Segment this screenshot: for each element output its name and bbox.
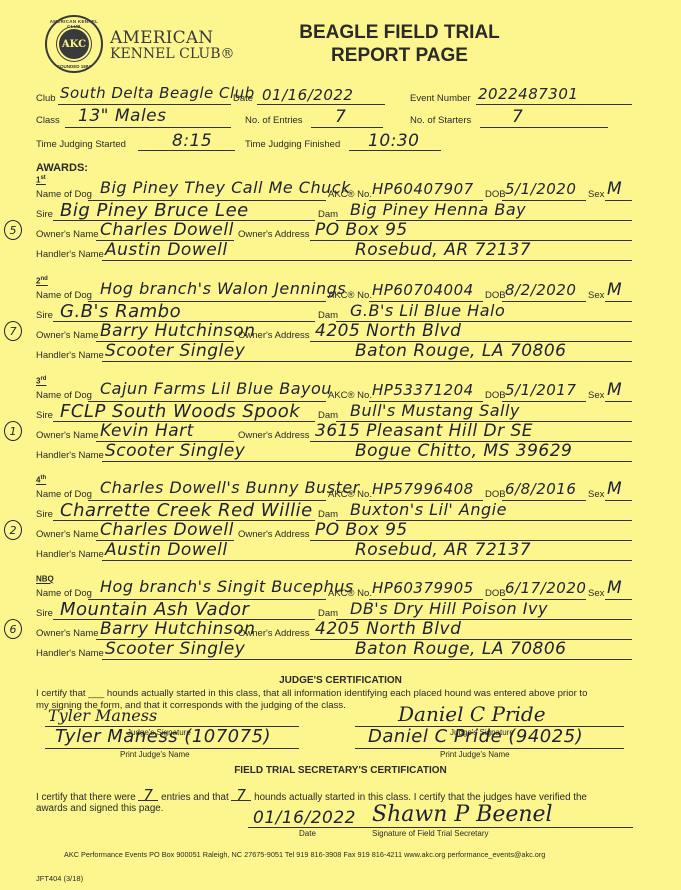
owner-address-line2-field[interactable]: Baton Rouge, LA 70806 [355,639,566,659]
secretary-signature[interactable]: Shawn P Beenel [372,802,553,827]
sire-label: Sire [36,608,53,619]
owner-name-field[interactable]: Kevin Hart [100,421,194,441]
event-number-field[interactable]: 2022487301 [478,85,578,103]
dam-label: Dam [318,410,338,421]
owner-name-field[interactable]: Barry Hutchinson [100,619,255,639]
name-of-dog-label: Name of Dog [36,588,92,599]
name-of-dog-label: Name of Dog [36,290,92,301]
judge1-print-label: Print Judge's Name [120,750,190,759]
handler-name-field[interactable]: Austin Dowell [105,540,228,560]
owners-address-label: Owner's Address [238,229,310,240]
dam-label: Dam [318,209,338,220]
secretary-entries-field[interactable]: 7 [138,790,158,801]
secretary-cert-text-line2: awards and signed this page. [36,803,163,814]
entries-field[interactable]: 7 [335,107,346,127]
form-id: JFT404 (3/18) [36,874,83,883]
date-label: Date [233,93,253,104]
owner-address-line1-field[interactable]: 3615 Pleasant Hill Dr SE [315,421,533,441]
akc-no-label: AKC® No. [328,189,372,200]
handlers-name-label: Handler's Name [36,648,104,659]
dog-name-field[interactable]: Cajun Farms Lil Blue Bayou [100,379,332,398]
dam-label: Dam [318,608,338,619]
class-field[interactable]: 13" Males [78,106,166,126]
secretary-starters-field[interactable]: 7 [231,790,251,801]
dob-field[interactable]: 8/2/2020 [505,281,576,299]
award-place: NBQ [36,574,54,584]
owner-address-line2-field[interactable]: Bogue Chitto, MS 39629 [355,441,572,461]
akc-no-field[interactable]: HP53371204 [372,381,474,399]
judge2-print-name-field[interactable]: Daniel C Pride (94025) [368,726,583,747]
owners-name-label: Owner's Name [36,430,99,441]
sex-field[interactable]: M [607,280,622,300]
sex-field[interactable]: M [607,479,622,499]
owner-address-line1-field[interactable]: 4205 North Blvd [315,321,461,341]
awards-heading: AWARDS: [36,162,88,174]
time-started-label: Time Judging Started [36,139,126,150]
name-of-dog-label: Name of Dog [36,489,92,500]
award-place: 2nd [36,276,48,286]
akc-no-field[interactable]: HP60379905 [372,579,474,597]
sire-field[interactable]: FCLP South Woods Spook [60,401,300,422]
award-place: 3rd [36,376,46,386]
entries-label: No. of Entries [245,115,303,126]
dam-field[interactable]: Buxton's Lil' Angie [350,500,507,519]
sex-label: Sex [588,390,604,401]
dam-label: Dam [318,310,338,321]
dob-label: DOB [485,189,506,200]
starters-field[interactable]: 7 [512,107,523,127]
dob-field[interactable]: 6/8/2016 [505,480,576,498]
club-label: Club [36,93,56,104]
judges-cert-heading: JUDGE'S CERTIFICATION [0,675,681,686]
sex-field[interactable]: M [607,578,622,598]
time-finished-field[interactable]: 10:30 [368,131,420,151]
dog-name-field[interactable]: Big Piney They Call Me Chuck [100,178,351,197]
sire-label: Sire [36,509,53,520]
sex-label: Sex [588,489,604,500]
owner-address-line2-field[interactable]: Rosebud, AR 72137 [355,240,531,260]
owner-address-line2-field[interactable]: Rosebud, AR 72137 [355,540,531,560]
akc-no-label: AKC® No. [328,588,372,599]
form-title-line2: REPORT PAGE [0,45,681,67]
dam-label: Dam [318,509,338,520]
sex-label: Sex [588,588,604,599]
name-of-dog-label: Name of Dog [36,390,92,401]
sire-label: Sire [36,410,53,421]
sex-field[interactable]: M [607,179,622,199]
akc-no-label: AKC® No. [328,489,372,500]
handler-name-field[interactable]: Austin Dowell [105,240,228,260]
dob-field[interactable]: 5/1/2017 [505,381,576,399]
sire-label: Sire [36,209,53,220]
margin-mark: 6 [4,619,22,639]
dam-field[interactable]: DB's Dry Hill Poison Ivy [350,599,548,618]
margin-mark: 5 [4,220,22,240]
handlers-name-label: Handler's Name [36,249,104,260]
akc-no-label: AKC® No. [328,290,372,301]
sire-field[interactable]: G.B's Rambo [60,301,181,322]
cert-text-b: entries and that [161,792,229,803]
margin-mark: 1 [4,421,22,441]
dam-field[interactable]: Bull's Mustang Sally [350,401,520,420]
starters-label: No. of Starters [410,115,471,126]
dob-field[interactable]: 5/1/2020 [505,180,576,198]
secretary-cert-heading: FIELD TRIAL SECRETARY'S CERTIFICATION [0,765,681,776]
owner-address-line1-field[interactable]: PO Box 95 [315,520,408,540]
owners-name-label: Owner's Name [36,628,99,639]
dob-field[interactable]: 6/17/2020 [505,579,586,597]
judge2-signature[interactable]: Daniel C Pride [398,702,546,726]
owners-name-label: Owner's Name [36,330,99,341]
owner-name-field[interactable]: Charles Dowell [100,520,234,540]
secretary-signature-label: Signature of Field Trial Secretary [372,829,489,838]
secretary-date-field[interactable]: 01/16/2022 [253,808,356,828]
cert-text-a: I certify that there were [36,792,136,803]
class-label: Class [36,115,60,126]
dog-name-field[interactable]: Hog branch's Singit Bucephus [100,577,354,596]
date-field[interactable]: 01/16/2022 [262,86,353,104]
dob-label: DOB [485,290,506,301]
dam-field[interactable]: Big Piney Henna Bay [350,200,526,219]
owners-name-label: Owner's Name [36,529,99,540]
dam-field[interactable]: G.B's Lil Blue Halo [350,301,505,320]
sex-label: Sex [588,189,604,200]
sire-field[interactable]: Big Piney Bruce Lee [60,200,249,221]
handler-name-field[interactable]: Scooter Singley [105,341,245,361]
owner-name-field[interactable]: Barry Hutchinson [100,321,255,341]
time-finished-label: Time Judging Finished [245,139,340,150]
footer-contact: AKC Performance Events PO Box 900051 Ral… [64,850,545,859]
form-title-line1: BEAGLE FIELD TRIAL [0,22,681,44]
owner-address-line1-field[interactable]: 4205 North Blvd [315,619,461,639]
judges-cert-text-line1: I certify that ___ hounds actually start… [36,688,587,699]
secretary-date-label: Date [299,829,316,838]
margin-mark: 7 [4,321,22,341]
time-started-field[interactable]: 8:15 [172,131,212,151]
akc-no-field[interactable]: HP57996408 [372,480,474,498]
owner-address-line2-field[interactable]: Baton Rouge, LA 70806 [355,341,566,361]
club-field[interactable]: South Delta Beagle Club [60,84,255,102]
handler-name-field[interactable]: Scooter Singley [105,639,245,659]
akc-no-field[interactable]: HP60407907 [372,180,474,198]
event-number-label: Event Number [410,93,471,104]
name-of-dog-label: Name of Dog [36,189,92,200]
judge1-print-name-field[interactable]: Tyler Maness (107075) [55,726,271,747]
sire-label: Sire [36,310,53,321]
dob-label: DOB [485,390,506,401]
owners-name-label: Owner's Name [36,229,99,240]
owners-address-label: Owner's Address [238,430,310,441]
sire-field[interactable]: Mountain Ash Vador [60,599,249,620]
owner-address-line1-field[interactable]: PO Box 95 [315,220,408,240]
sex-field[interactable]: M [607,380,622,400]
award-place: 4th [36,475,46,485]
owners-address-label: Owner's Address [238,330,310,341]
sire-field[interactable]: Charrette Creek Red Willie [60,500,313,521]
handlers-name-label: Handler's Name [36,450,104,461]
dog-name-field[interactable]: Hog branch's Walon Jennings [100,279,346,298]
award-place: 1st [36,175,46,185]
handler-name-field[interactable]: Scooter Singley [105,441,245,461]
owners-address-label: Owner's Address [238,628,310,639]
owner-name-field[interactable]: Charles Dowell [100,220,234,240]
judge2-print-label: Print Judge's Name [440,750,510,759]
margin-mark: 2 [4,520,22,540]
handlers-name-label: Handler's Name [36,549,104,560]
owners-address-label: Owner's Address [238,529,310,540]
akc-no-field[interactable]: HP60704004 [372,281,474,299]
akc-no-label: AKC® No. [328,390,372,401]
dob-label: DOB [485,489,506,500]
dob-label: DOB [485,588,506,599]
handlers-name-label: Handler's Name [36,350,104,361]
sex-label: Sex [588,290,604,301]
dog-name-field[interactable]: Charles Dowell's Bunny Buster [100,478,360,497]
judge1-signature[interactable]: Tyler Maness [48,706,157,725]
